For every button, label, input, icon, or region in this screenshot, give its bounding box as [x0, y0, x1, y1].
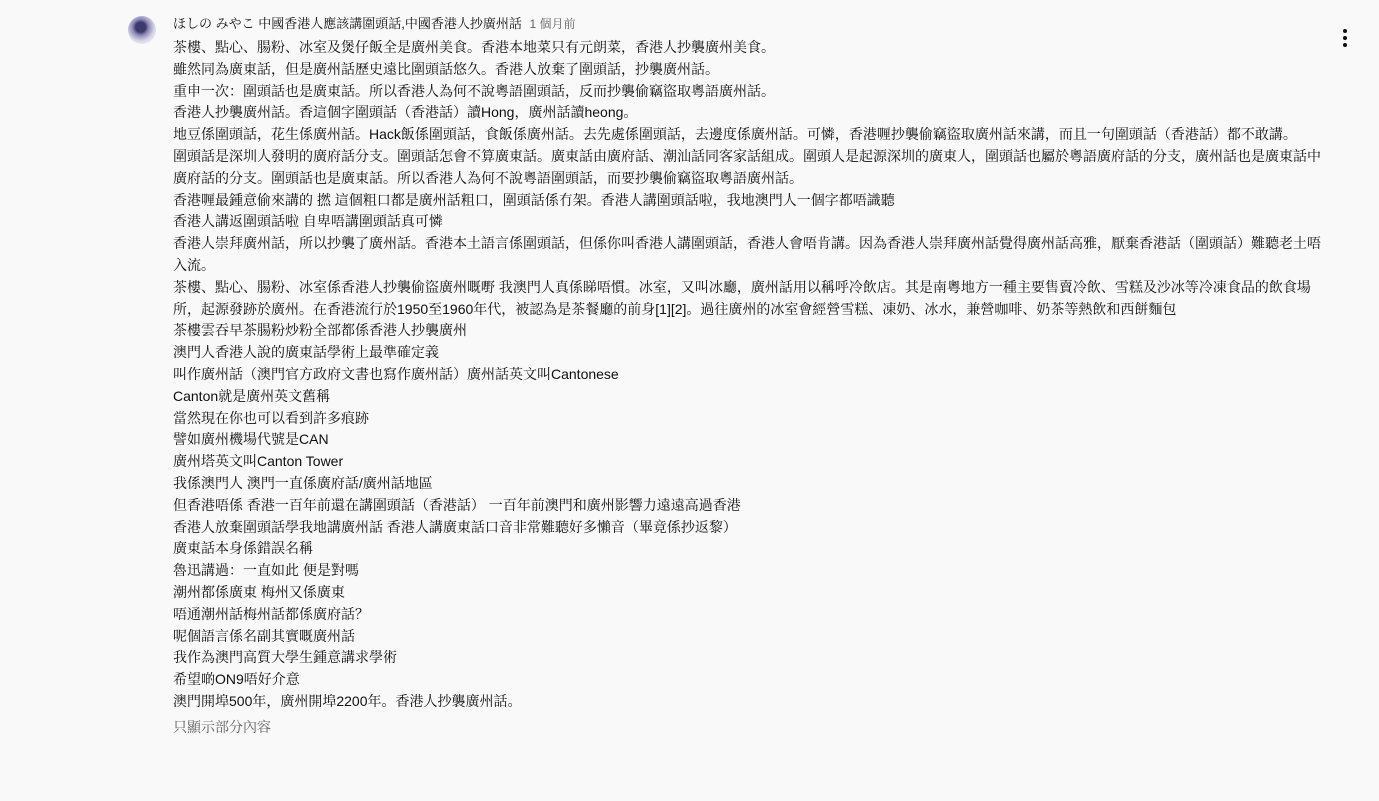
comment-line: 圍頭話是深圳人發明的廣府話分支。圍頭話怎會不算廣東話。廣東話由廣府話、潮汕話同客…: [173, 146, 1333, 190]
show-less-link[interactable]: 只顯示部分內容: [173, 717, 1333, 738]
comment-line: 重申一次：圍頭話也是廣東話。所以香港人為何不說粵語圍頭話，反而抄襲偷竊盜取粵語廣…: [173, 81, 1333, 103]
comment-text: 茶樓、點心、腸粉、冰室及煲仔飯全是廣州美食。香港本地菜只有元朗菜，香港人抄襲廣州…: [173, 37, 1333, 713]
comment-line: 茶樓、點心、腸粉、冰室及煲仔飯全是廣州美食。香港本地菜只有元朗菜，香港人抄襲廣州…: [173, 37, 1333, 59]
comment-line: 香港喱最鍾意偷來講的 撚 這個粗口都是廣州話粗口，圍頭話係冇架。香港人講圍頭話啦…: [173, 190, 1333, 212]
comment-line: 叫作廣州話（澳門官方政府文書也寫作廣州話）廣州話英文叫Cantonese: [173, 364, 1333, 386]
comment-timestamp[interactable]: 1 個月前: [529, 17, 575, 31]
comment-line: Canton就是廣州英文舊稱: [173, 386, 1333, 408]
more-vert-icon[interactable]: [1333, 26, 1357, 50]
comment-line: 雖然同為廣東話，但是廣州話歷史遠比圍頭話悠久。香港人放棄了圍頭話，抄襲廣州話。: [173, 59, 1333, 81]
comment-line: 譬如廣州機場代號是CAN: [173, 429, 1333, 451]
comment-line: 希望啲ON9唔好介意: [173, 669, 1333, 691]
comment-line: 廣東話本身係錯誤名稱: [173, 538, 1333, 560]
author-avatar[interactable]: [128, 16, 156, 44]
comment-line: 地豆係圍頭話，花生係廣州話。Hack飯係圍頭話，食飯係廣州話。去先處係圍頭話，去…: [173, 124, 1333, 146]
menu-dot: [1343, 43, 1347, 47]
comment-line: 香港人抄襲廣州話。香這個字圍頭話（香港話）讀Hong，廣州話讀heong。: [173, 102, 1333, 124]
comment-line: 我作為澳門高質大學生鍾意講求學術: [173, 647, 1333, 669]
menu-dot: [1343, 36, 1347, 40]
comment-line: 魯迅講過：一直如此 便是對嗎: [173, 560, 1333, 582]
comment-line: 澳門人香港人說的廣東話學術上最準確定義: [173, 342, 1333, 364]
comment-line: 澳門開埠500年，廣州開埠2200年。香港人抄襲廣州話。: [173, 691, 1333, 713]
menu-dot: [1343, 29, 1347, 33]
comment-line: 廣州塔英文叫Canton Tower: [173, 451, 1333, 473]
comment-line: 香港人崇拜廣州話，所以抄襲了廣州話。香港本土語言係圍頭話，但係你叫香港人講圍頭話…: [173, 233, 1333, 277]
comment-line: 當然現在你也可以看到許多痕跡: [173, 408, 1333, 430]
comment-line: 我係澳門人 澳門一直係廣府話/廣州話地區: [173, 473, 1333, 495]
comment-line: 唔通潮州話梅州話都係廣府話？: [173, 604, 1333, 626]
comment-line: 但香港唔係 香港一百年前還在講圍頭話（香港話） 一百年前澳門和廣州影響力遠遠高過…: [173, 495, 1333, 517]
comment-line: 香港人講返圍頭話啦 自卑唔講圍頭話真可憐: [173, 211, 1333, 233]
comment-line: 茶樓雲吞早茶腸粉炒粉全部都係香港人抄襲廣州: [173, 320, 1333, 342]
comment-header: ほしの みやこ 中國香港人應該講圍頭話,中國香港人抄廣州話 1 個月前: [173, 14, 1333, 34]
comment-line: 香港人放棄圍頭話學我地講廣州話 香港人講廣東話口音非常難聽好多懶音（畢竟係抄返黎…: [173, 517, 1333, 539]
comment-body: ほしの みやこ 中國香港人應該講圍頭話,中國香港人抄廣州話 1 個月前 茶樓、點…: [173, 14, 1333, 738]
comment-line: 呢個語言係名副其實嘅廣州話: [173, 626, 1333, 648]
author-name[interactable]: ほしの みやこ 中國香港人應該講圍頭話,中國香港人抄廣州話: [173, 16, 522, 31]
comment-line: 潮州都係廣東 梅州又係廣東: [173, 582, 1333, 604]
comment-line: 茶樓、點心、腸粉、冰室係香港人抄襲偷盜廣州嘅嘢 我澳門人真係睇唔慣。冰室，又叫冰…: [173, 277, 1333, 321]
